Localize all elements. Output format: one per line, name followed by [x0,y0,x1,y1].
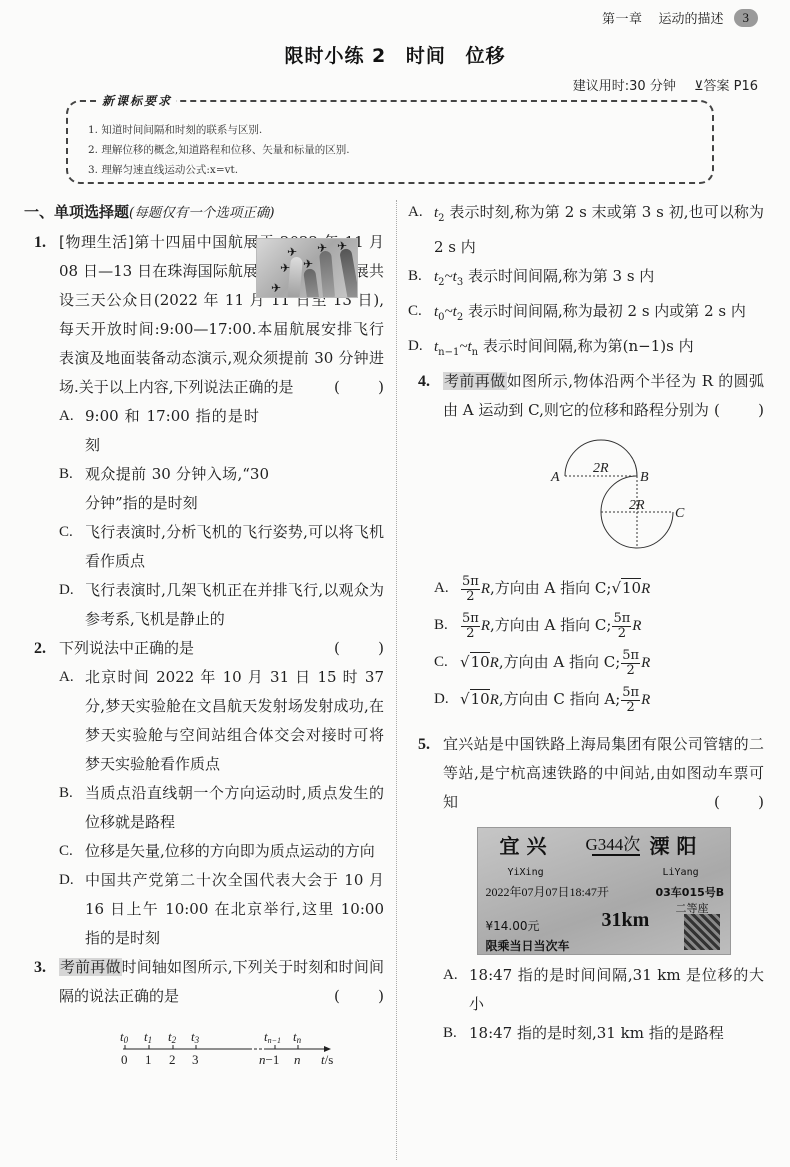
option-text: 18:47 指的是时刻,31 km 指的是路程 [469,1024,724,1042]
suggested-time: 建议用时:30 分钟 [573,79,676,94]
train-ticket-image: 宜 兴 YiXing G344次 溧 阳 LiYang 2022年07月07日1… [477,827,731,955]
review-tag: 考前再做 [59,958,122,976]
answer-blank[interactable]: () [334,982,384,1011]
question-stem: 宜兴站是中国铁路上海局集团有限公司管辖的二等站,是宁杭高速铁路的中间站,由如图动… [443,730,764,817]
time-axis-diagram: t0 t1 t2 t3 tn−1 tn 0123 n−1 n t/s [59,1019,384,1079]
option-label: A. [59,402,74,431]
review-tag: 考前再做 [443,372,507,390]
svg-text:3: 3 [192,1052,199,1067]
question-number: 3. [34,953,46,982]
option-label: C. [59,837,73,866]
standards-item: 3. 理解匀速直线运动公式:x=vt. [88,160,712,180]
svg-text:tn−1: tn−1 [264,1029,281,1045]
page-title: 限时小练 2 时间 位移 [0,41,790,68]
option-c[interactable]: C.飞行表演时,分析飞机的飞行姿势,可以将飞机看作质点 [59,518,384,576]
option-c[interactable]: C.√10R,方向由 A 指向 C;5π2R [434,644,764,681]
option-label: C. [408,297,422,326]
question-number: 4. [418,367,430,396]
option-text: 表示时刻,称为第 2 s 末或第 3 s 初,也可以称为 2 s 内 [434,203,764,256]
option-a[interactable]: A.9:00 和 17:00 指的是时刻 [59,402,259,460]
question-3: 3. 考前再做时间轴如图所示,下列关于时刻和时间间隔的说法正确的是 () t0 … [24,953,384,1079]
option-b[interactable]: B.5π2R,方向由 A 指向 C;5π2R [434,607,764,644]
option-d[interactable]: D.中国共产党第二十次全国代表大会于 10 月 16 日上午 10:00 在北京… [59,866,384,953]
time-axis-svg: t0 t1 t2 t3 tn−1 tn 0123 n−1 n t/s [59,1019,389,1079]
svg-text:2R: 2R [593,461,609,476]
question-5: 5. 宜兴站是中国铁路上海局集团有限公司管辖的二等站,是宁杭高速铁路的中间站,由… [408,730,764,1048]
option-c[interactable]: C.位移是矢量,位移的方向即为质点运动的方向 [59,837,384,866]
chapter-label: 第一章 [602,8,643,27]
answer-blank[interactable]: () [334,634,384,663]
question-stem: 考前再做时间轴如图所示,下列关于时刻和时间间隔的说法正确的是 () [59,953,384,1011]
option-label: B. [408,262,422,291]
q3-option-b[interactable]: B.t2~t3 表示时间间隔,称为第 3 s 内 [408,262,764,297]
column-divider [396,200,397,1160]
svg-text:t2: t2 [168,1029,177,1045]
arc-diagram-svg: A B C 2R 2R [523,431,743,571]
question-stem: 下列说法中正确的是 () [59,634,384,663]
title-prefix: 限时小练 2 [284,45,386,67]
option-label: B. [59,460,73,489]
answer-blank[interactable]: () [334,373,384,402]
page-number-badge: 3 [734,9,759,27]
option-a[interactable]: A.18:47 指的是时间间隔,31 km 是位移的大小 [443,961,764,1019]
question-tag: [物理生活] [59,233,134,251]
section-title: 一、单项选择题 [24,203,129,221]
question-2: 2. 下列说法中正确的是 () A.北京时间 2022 年 10 月 31 日 … [24,634,384,953]
option-text: 中国共产党第二十次全国代表大会于 10 月 16 日上午 10:00 在北京举行… [85,871,384,947]
standards-item: 2. 理解位移的概念,知道路程和位移、矢量和标量的区别. [88,140,712,160]
ticket-to: 溧 阳 [650,832,697,861]
answer-blank[interactable]: () [714,396,764,425]
ticket-datetime: 2022年07月07日18:47开 [486,878,609,907]
right-column: A.t2 表示时刻,称为第 2 s 末或第 3 s 初,也可以称为 2 s 内 … [408,198,764,1048]
option-b[interactable]: B.18:47 指的是时刻,31 km 指的是路程 [443,1019,764,1048]
svg-text:t1: t1 [144,1029,152,1045]
running-header: 第一章 运动的描述 3 [602,8,758,27]
airshow-photo: ✈ ✈ ✈ ✈ ✈ ✈ [256,238,358,298]
q3-option-d[interactable]: D.tn−1~tn 表示时间间隔,称为第(n−1)s 内 [408,332,764,367]
svg-text:t0: t0 [120,1029,129,1045]
option-text: 表示时间间隔,称为第 3 s 内 [463,267,654,285]
svg-text:C: C [675,506,685,521]
option-text: 表示时间间隔,称为最初 2 s 内或第 2 s 内 [463,302,746,320]
svg-text:0: 0 [121,1052,128,1067]
option-label: D. [59,576,74,605]
option-d[interactable]: D.√10R,方向由 C 指向 A;5π2R [434,681,764,718]
title-part1: 时间 [406,45,446,67]
option-text: 表示时间间隔,称为第(n−1)s 内 [478,337,693,355]
option-text: 北京时间 2022 年 10 月 31 日 15 时 37 分,梦天实验舱在文昌… [85,668,384,773]
title-part2: 位移 [466,45,506,67]
svg-text:tn: tn [293,1029,302,1045]
question-stem: 考前再做如图所示,物体沿两个半径为 R 的圆弧由 A 运动到 C,则它的位移和路… [443,367,764,425]
answer-reference-link[interactable]: ⊻答案 P16 [694,79,758,94]
section-note: (每题仅有一个选项正确) [129,205,275,221]
option-text: 飞行表演时,几架飞机正在并排飞行,以观众为参考系,飞机是静止的 [85,581,384,628]
svg-text:B: B [640,470,649,485]
qr-code-icon [684,914,720,950]
option-label: D. [408,332,423,361]
ticket-from: 宜 兴 [500,832,547,861]
q3-option-a[interactable]: A.t2 表示时刻,称为第 2 s 末或第 3 s 初,也可以称为 2 s 内 [408,198,764,262]
option-b[interactable]: B.当质点沿直线朝一个方向运动时,质点发生的位移就是路程 [59,779,384,837]
option-a[interactable]: A.5π2R,方向由 A 指向 C;√10R [434,570,764,607]
svg-text:2: 2 [169,1052,176,1067]
topic-label: 运动的描述 [658,8,723,27]
q3-option-c[interactable]: C.t0~t2 表示时间间隔,称为最初 2 s 内或第 2 s 内 [408,297,764,332]
option-d[interactable]: D.飞行表演时,几架飞机正在并排飞行,以观众为参考系,飞机是静止的 [59,576,384,634]
option-text: 当质点沿直线朝一个方向运动时,质点发生的位移就是路程 [85,784,384,831]
option-label: D. [59,866,74,895]
svg-text:t3: t3 [191,1029,200,1045]
svg-text:n: n [294,1052,301,1067]
answer-blank[interactable]: () [714,788,764,817]
svg-text:1: 1 [145,1052,152,1067]
option-label: A. [408,198,423,227]
option-text: 位移是矢量,位移的方向即为质点运动的方向 [85,842,375,860]
stem-text: 下列说法中正确的是 [59,639,194,657]
option-b[interactable]: B.观众提前 30 分钟入场,“30 分钟”指的是时刻 [59,460,269,518]
option-label: A. [443,961,458,990]
arc-diagram: A B C 2R 2R [443,425,764,570]
question-number: 2. [34,634,46,663]
question-4: 4. 考前再做如图所示,物体沿两个半径为 R 的圆弧由 A 运动到 C,则它的位… [408,367,764,718]
option-text: 飞行表演时,分析飞机的飞行姿势,可以将飞机看作质点 [85,523,384,570]
option-text: 9:00 和 17:00 指的是时刻 [85,407,259,454]
svg-text:t/s: t/s [321,1052,333,1067]
option-label: C. [59,518,73,547]
option-a[interactable]: A.北京时间 2022 年 10 月 31 日 15 时 37 分,梦天实验舱在… [59,663,384,779]
meta-info: 建议用时:30 分钟 ⊻答案 P16 [573,75,758,94]
svg-text:2R: 2R [629,498,645,513]
option-text: 观众提前 30 分钟入场,“30 分钟”指的是时刻 [85,465,269,512]
svg-text:A: A [550,470,560,485]
standards-title: 新课标要求 [98,92,176,109]
standards-item: 1. 知道时间间隔和时刻的联系与区别. [88,120,712,140]
curriculum-standards-box: 新课标要求 1. 知道时间间隔和时刻的联系与区别. 2. 理解位移的概念,知道路… [66,100,714,184]
option-label: B. [443,1019,457,1048]
option-label: A. [59,663,74,692]
option-label: B. [59,779,73,808]
option-text: 18:47 指的是时间间隔,31 km 是位移的大小 [469,966,764,1013]
question-number: 1. [34,228,46,257]
svg-text:n−1: n−1 [259,1052,279,1067]
left-column: 一、单项选择题(每题仅有一个选项正确) 1. [物理生活]第十四届中国航展于 2… [24,198,384,1079]
ticket-distance: 31km [602,906,650,935]
question-number: 5. [418,730,430,759]
section-heading: 一、单项选择题(每题仅有一个选项正确) [24,198,384,228]
